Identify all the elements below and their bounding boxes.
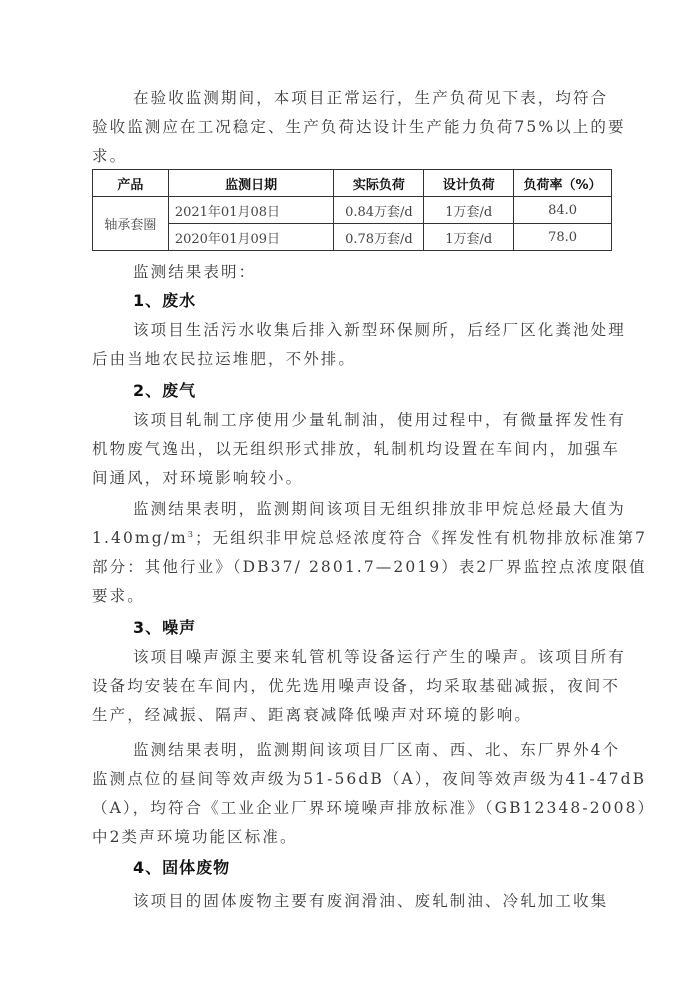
results-intro: 监测结果表明： bbox=[133, 262, 613, 282]
paragraph-line: 该项目生活污水收集后排入新型环保厕所，后经厂区化粪池处理 bbox=[133, 320, 613, 340]
paragraph-text: ；无组织非甲烷总烃浓度符合《挥发性有机物排放标准第7 bbox=[195, 529, 647, 547]
intro-line: 求。 bbox=[92, 146, 612, 166]
paragraph-line: 该项目噪声源主要来轧管机等设备运行产生的噪声。该项目所有 bbox=[133, 647, 613, 667]
section-heading-exhaust-gas: 2、废气 bbox=[133, 381, 196, 401]
paragraph-line: 监测点位的昼间等效声级为51-56dB（A），夜间等效声级为41-47dB bbox=[92, 769, 612, 789]
paragraph-line: 机物废气逸出，以无组织形式排放，轧制机均设置在车间内，加强车 bbox=[92, 439, 612, 459]
paragraph-line: 该项目的固体废物主要有废润滑油、废轧制油、冷轧加工收集 bbox=[133, 891, 613, 911]
production-load-table: 产品 监测日期 实际负荷 设计负荷 负荷率（%） 轴承套圈 2021年01月08… bbox=[92, 169, 612, 251]
cell-rate: 78.0 bbox=[514, 224, 612, 251]
section-heading-solid-waste: 4、固体废物 bbox=[133, 858, 230, 878]
cell-actual: 0.78万套/d bbox=[334, 224, 424, 251]
intro-line: 验收监测应在工况稳定、生产负荷达设计生产能力负荷75%以上的要 bbox=[92, 117, 612, 137]
paragraph-line: 设备均安装在车间内，优先选用噪声设备，均采取基础减振，夜间不 bbox=[92, 676, 612, 696]
paragraph-line: 监测结果表明，监测期间该项目厂区南、西、北、东厂界外4个 bbox=[133, 740, 613, 760]
header-date: 监测日期 bbox=[168, 170, 334, 197]
header-product: 产品 bbox=[93, 170, 169, 197]
paragraph-line: （A），均符合《工业企业厂界环境噪声排放标准》（GB12348-2008） bbox=[92, 798, 612, 818]
paragraph-line: 要求。 bbox=[92, 586, 612, 606]
section-heading-wastewater: 1、废水 bbox=[133, 291, 196, 311]
paragraph-line: 生产，经减振、隔声、距离衰减降低噪声对环境的影响。 bbox=[92, 705, 612, 725]
table-header-row: 产品 监测日期 实际负荷 设计负荷 负荷率（%） bbox=[93, 170, 612, 197]
header-actual-load: 实际负荷 bbox=[334, 170, 424, 197]
cell-design: 1万套/d bbox=[424, 224, 514, 251]
cell-date: 2020年01月09日 bbox=[168, 224, 334, 251]
paragraph-line: 后由当地农民拉运堆肥，不外排。 bbox=[92, 349, 612, 369]
document-page: 在验收监测期间，本项目正常运行，生产负荷见下表，均符合 验收监测应在工况稳定、生… bbox=[0, 0, 700, 992]
header-design-load: 设计负荷 bbox=[424, 170, 514, 197]
paragraph-line: 中2类声环境功能区标准。 bbox=[92, 827, 612, 847]
table-row: 2020年01月09日 0.78万套/d 1万套/d 78.0 bbox=[93, 224, 612, 251]
section-heading-noise: 3、噪声 bbox=[133, 618, 196, 638]
intro-line: 在验收监测期间，本项目正常运行，生产负荷见下表，均符合 bbox=[133, 88, 613, 108]
cell-date: 2021年01月08日 bbox=[168, 197, 334, 224]
cell-actual: 0.84万套/d bbox=[334, 197, 424, 224]
cell-product: 轴承套圈 bbox=[93, 197, 169, 251]
paragraph-line: 部分：其他行业》（DB37/ 2801.7—2019）表2厂界监控点浓度限值 bbox=[92, 557, 612, 577]
cell-design: 1万套/d bbox=[424, 197, 514, 224]
paragraph-line: 间通风，对环境影响较小。 bbox=[92, 468, 612, 488]
paragraph-line: 1.40mg/m3；无组织非甲烷总烃浓度符合《挥发性有机物排放标准第7 bbox=[92, 528, 612, 548]
concentration-value: 1.40mg/m bbox=[92, 529, 188, 547]
table-row: 轴承套圈 2021年01月08日 0.84万套/d 1万套/d 84.0 bbox=[93, 197, 612, 224]
superscript: 3 bbox=[188, 530, 195, 539]
paragraph-line: 监测结果表明，监测期间该项目无组织排放非甲烷总烃最大值为 bbox=[133, 499, 613, 519]
header-load-rate: 负荷率（%） bbox=[514, 170, 612, 197]
cell-rate: 84.0 bbox=[514, 197, 612, 224]
paragraph-line: 该项目轧制工序使用少量轧制油，使用过程中，有微量挥发性有 bbox=[133, 410, 613, 430]
